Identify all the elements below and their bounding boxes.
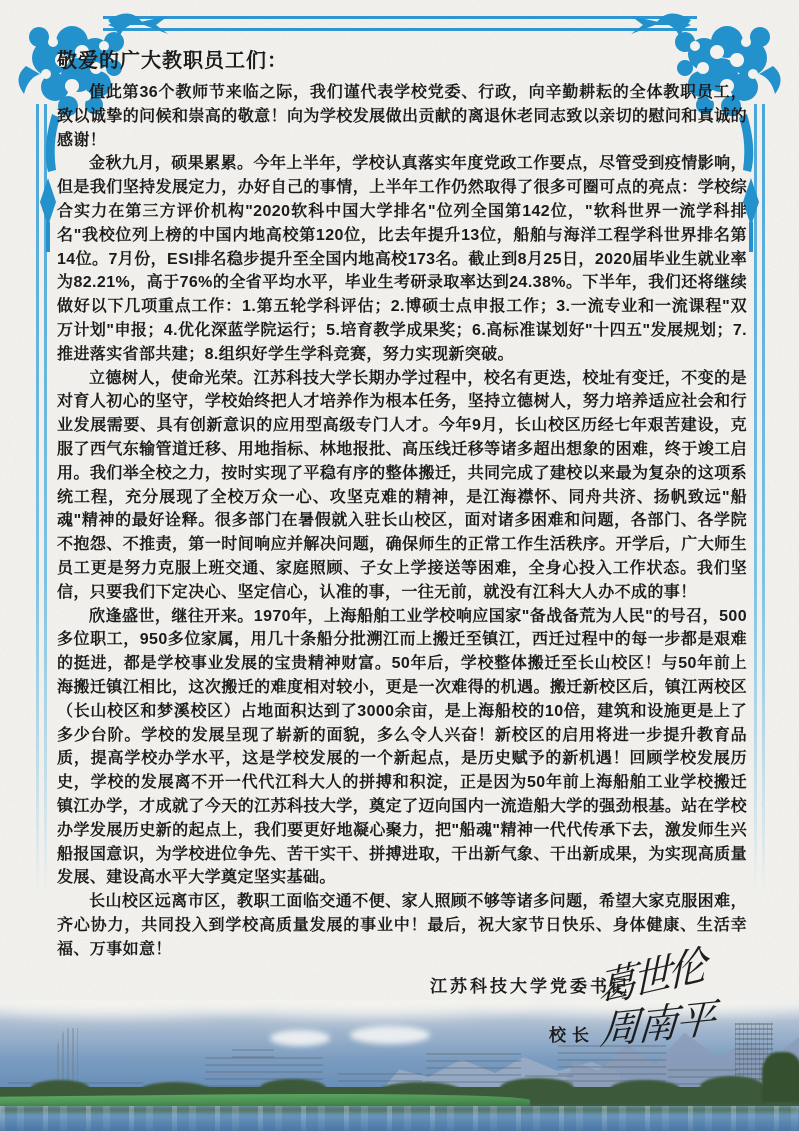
paragraph: 立德树人，使命光荣。江苏科技大学长期办学过程中，校名有更迭，校址有变迁，不变的是… [57, 367, 747, 605]
frame-top-line [103, 28, 697, 31]
cloud [270, 1030, 330, 1046]
lake-water [0, 1106, 799, 1131]
building-reflections [0, 1106, 799, 1131]
frame-top-line [103, 16, 697, 19]
tall-trees [762, 1052, 799, 1102]
tree [500, 1078, 574, 1098]
paragraph: 金秋九月，硕果累累。今年上半年，学校认真落实年度党政工作要点，尽管受到疫情影响，… [57, 152, 747, 366]
paragraph: 值此第36个教师节来临之际，我们谨代表学校党委、行政，向辛勤耕耘的全体教职员工，… [57, 81, 747, 152]
letter-body: 敬爱的广大教职员工们： 值此第36个教师节来临之际，我们谨代表学校党委、行政，向… [57, 44, 747, 961]
building [232, 1049, 274, 1059]
tree [700, 1076, 764, 1098]
cloud [350, 1026, 430, 1044]
president-title: 校长 [549, 1021, 595, 1046]
salutation: 敬爱的广大教职员工们： [57, 44, 747, 73]
paragraph: 欣逢盛世，继往开来。1970年，上海船舶工业学校响应国家"备战备荒为人民"的号召… [57, 605, 747, 891]
tree [610, 1080, 680, 1098]
letter-page: 敬爱的广大教职员工们： 值此第36个教师节来临之际，我们谨代表学校党委、行政，向… [0, 0, 799, 1131]
